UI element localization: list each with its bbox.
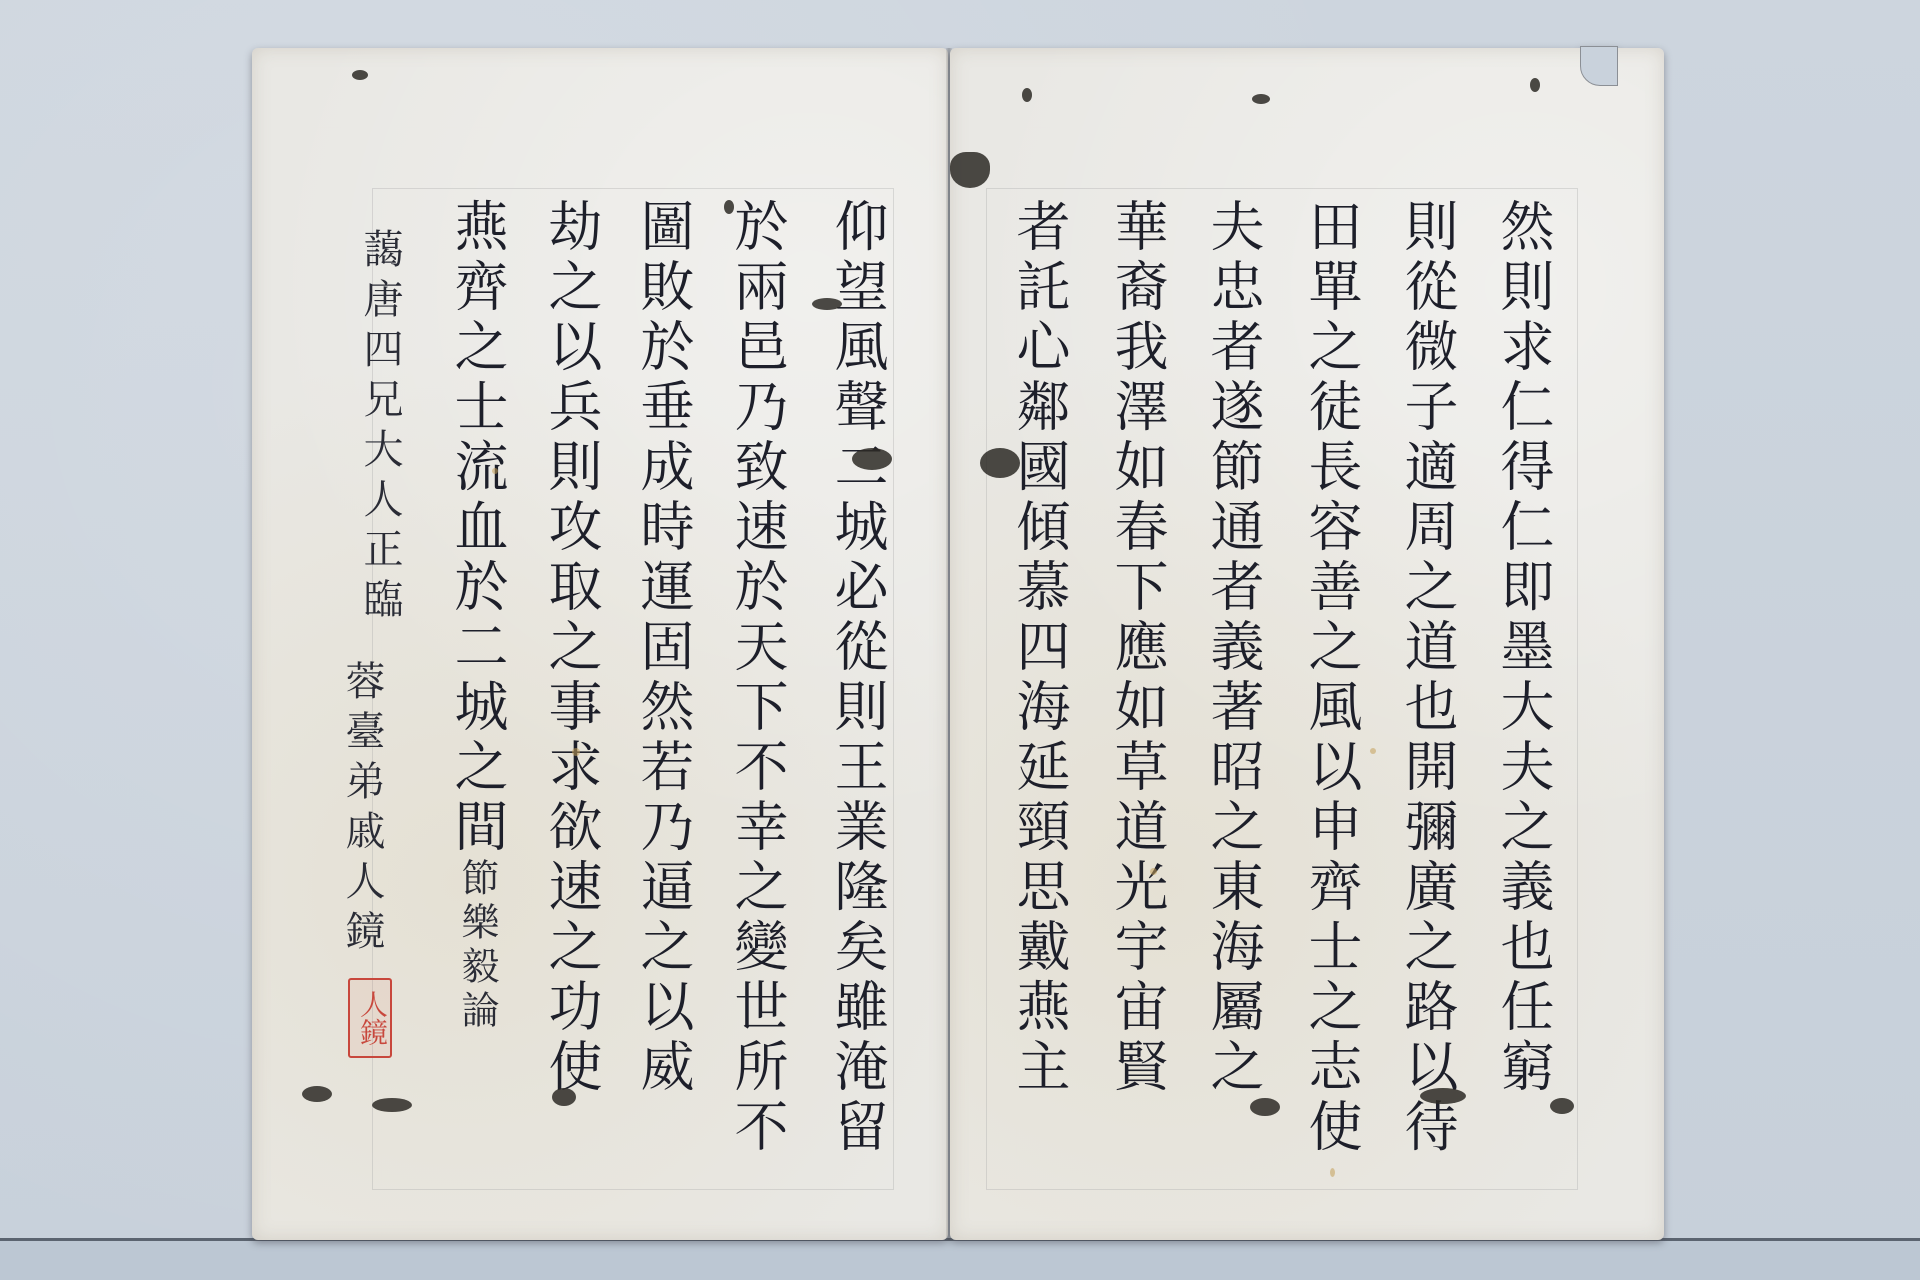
worm-hole <box>1252 94 1270 104</box>
text-column-1: 然則求仁得仁即墨大夫之義也任窮 <box>1496 198 1550 1098</box>
display-shelf <box>0 1238 1920 1280</box>
text-column-8: 於兩邑乃致速於天下不幸之變世所不 <box>730 198 784 1158</box>
text-column-6: 者託心鄰國傾慕四海延頸思戴燕主 <box>1012 198 1066 1098</box>
worm-hole <box>302 1086 332 1102</box>
worm-hole <box>352 70 368 80</box>
worm-hole <box>724 200 734 214</box>
worm-hole <box>372 1098 412 1112</box>
text-column-5: 華裔我澤如春下應如草道光宇宙賢 <box>1110 198 1164 1098</box>
worm-hole <box>552 1088 576 1106</box>
foxing-spot <box>1330 1168 1335 1177</box>
foxing-spot <box>1370 748 1376 754</box>
text-column-4: 夫忠者遂節通者義著昭之東海屬之 <box>1206 198 1260 1098</box>
foxing-spot <box>492 468 498 474</box>
right-page: 然則求仁得仁即墨大夫之義也任窮 則從微子適周之道也開彌廣之路以待 田單之徒長容善… <box>950 48 1664 1240</box>
ruled-grid-right <box>986 188 1578 1190</box>
text-column-11-main: 燕齊之士流血於二城之間 <box>446 198 509 858</box>
text-column-10: 劫之以兵則攻取之事求欲速之功使 <box>544 198 598 1098</box>
worm-hole <box>812 298 842 310</box>
worm-hole <box>980 448 1020 478</box>
worm-hole <box>1550 1098 1574 1114</box>
text-column-11: 燕齊之士流血於二城之間節樂毅論 <box>450 198 504 1034</box>
worm-hole <box>852 448 892 470</box>
torn-corner <box>1580 46 1618 86</box>
dedication-line: 藹唐四兄大人正臨 <box>360 228 400 628</box>
colophon-title: 節樂毅論 <box>455 858 499 1034</box>
worm-hole <box>1022 88 1032 102</box>
red-seal: 人鏡 <box>348 978 392 1058</box>
worm-hole <box>1250 1098 1280 1116</box>
album-spread: 仰望風聲二城必從則王業隆矣雖淹留 於兩邑乃致速於天下不幸之變世所不 圖敗於垂成時… <box>252 48 1664 1240</box>
text-column-2: 則從微子適周之道也開彌廣之路以待 <box>1400 198 1454 1158</box>
foxing-spot <box>1150 868 1157 875</box>
worm-hole <box>1420 1088 1466 1104</box>
left-page: 仰望風聲二城必從則王業隆矣雖淹留 於兩邑乃致速於天下不幸之變世所不 圖敗於垂成時… <box>252 48 948 1240</box>
foxing-spot <box>572 748 580 756</box>
text-column-9: 圖敗於垂成時運固然若乃逼之以威 <box>636 198 690 1098</box>
text-column-3: 田單之徒長容善之風以申齊士之志使 <box>1304 198 1358 1158</box>
worm-hole <box>950 152 990 188</box>
worm-hole <box>1530 78 1540 92</box>
signature-line: 蓉臺弟戚人鏡 <box>342 660 382 960</box>
text-column-7: 仰望風聲二城必從則王業隆矣雖淹留 <box>830 198 884 1158</box>
